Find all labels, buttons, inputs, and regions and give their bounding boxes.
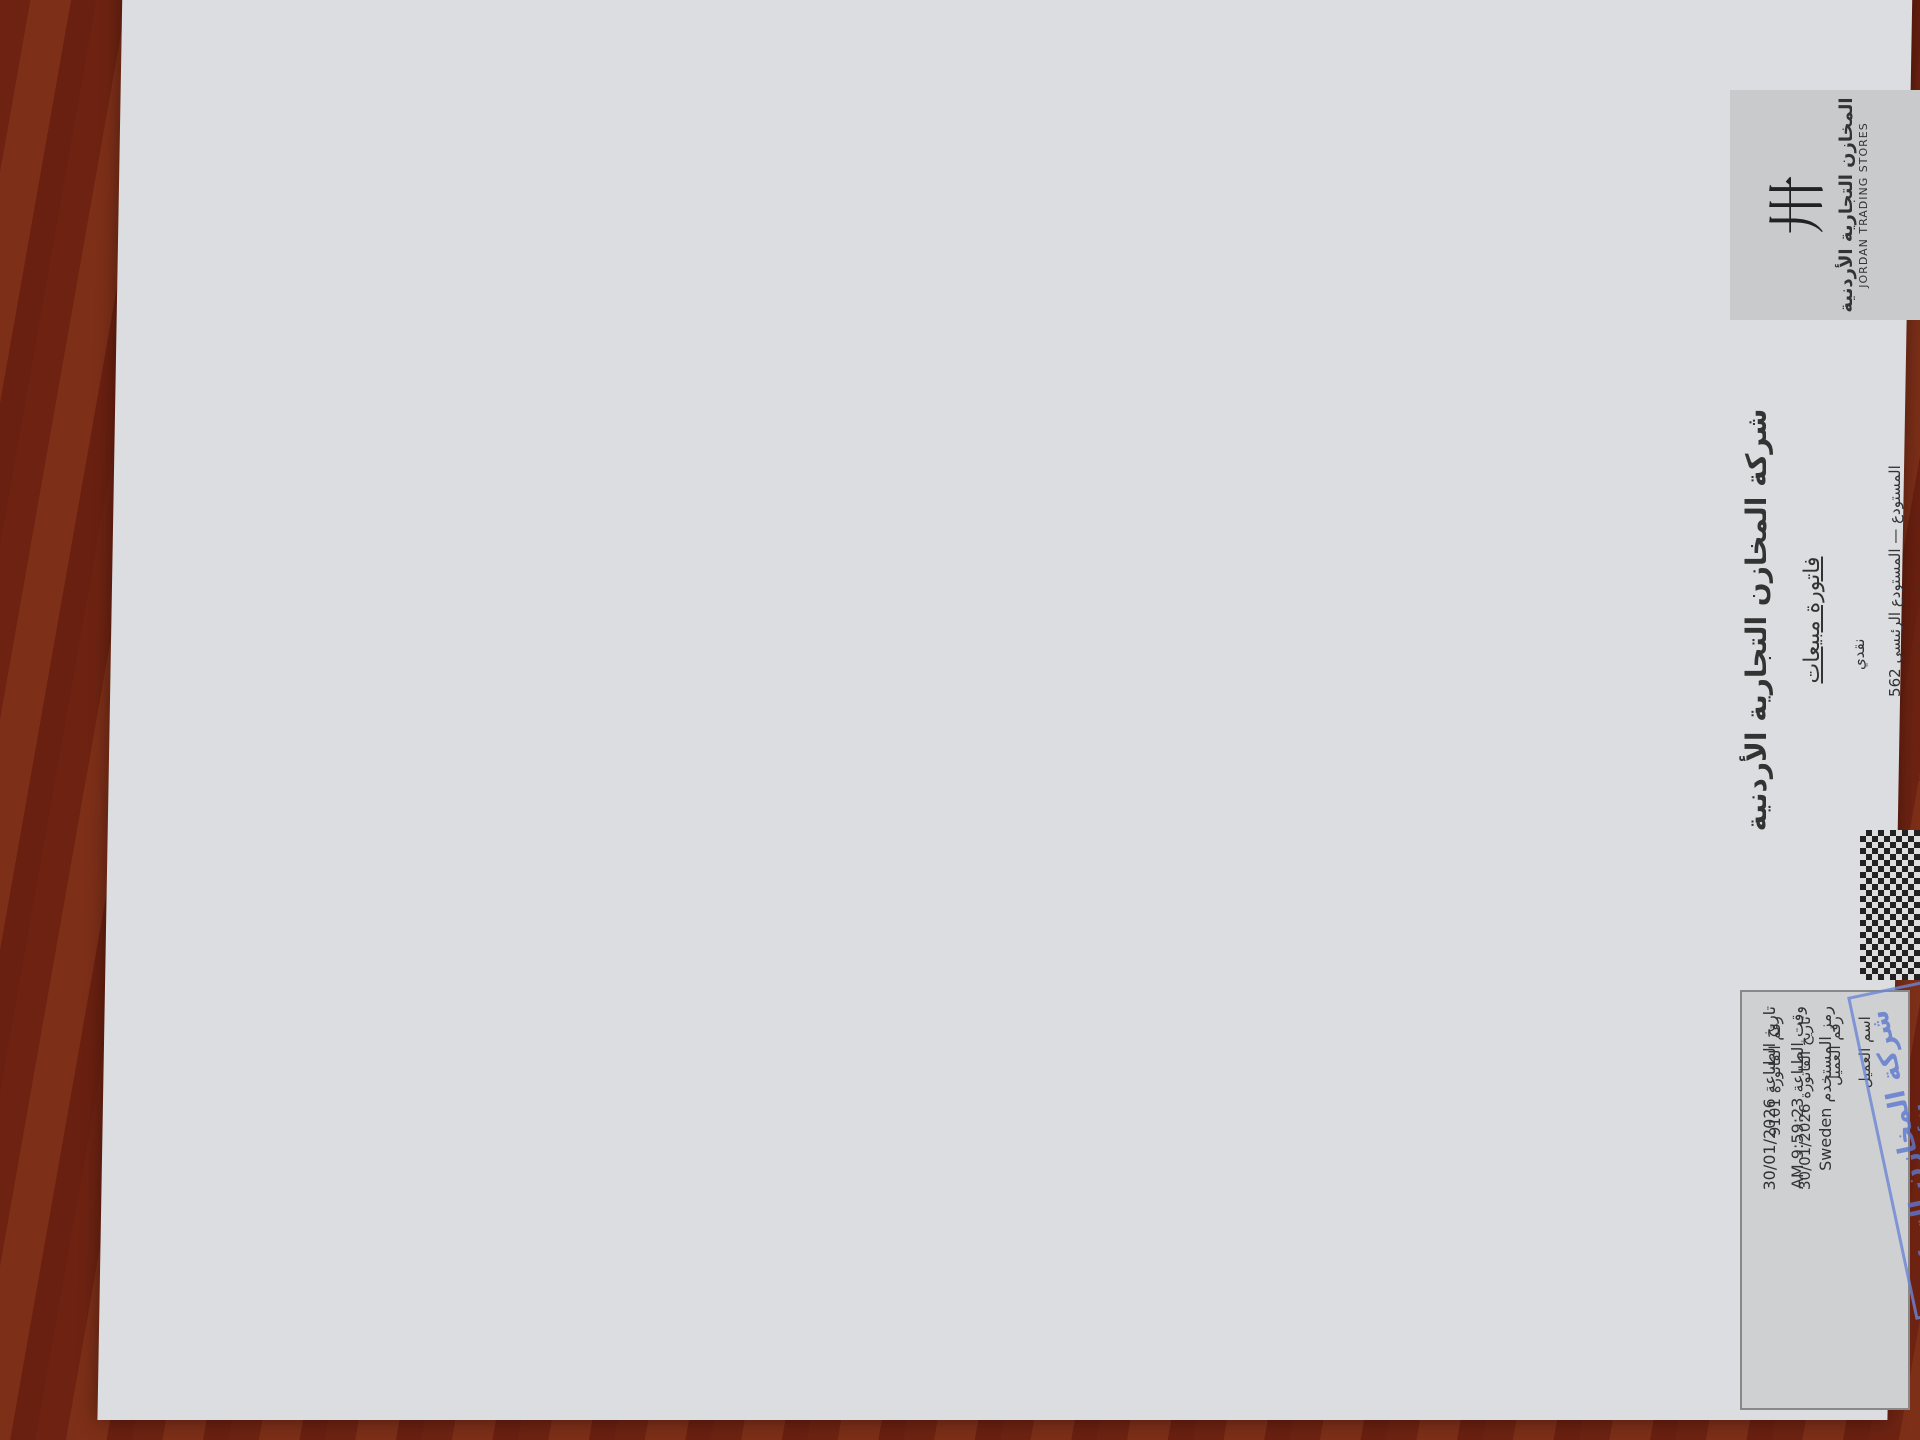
qr-code [1860, 830, 1920, 980]
warehouse-no: 562 [1886, 668, 1904, 697]
invoice-no: 9101 [1766, 1098, 1784, 1136]
invoice-no-label: رقم الفاتورة [1766, 1016, 1784, 1093]
rep: المندوب الفرعي محمود زكي ياسين [1916, 589, 1920, 810]
invoice-date-label: تاريخ الفاتورة [1796, 1016, 1814, 1099]
paper-sheet [97, 0, 1912, 1420]
logo-text-en: JORDAN TRADING STORES [1857, 90, 1870, 320]
invoice-date: 30/01/2026 [1796, 1104, 1814, 1190]
company-logo: 卅 المخازن التجارية الأردنية JORDAN TRADI… [1730, 90, 1920, 320]
warehouse-label: المستودع [1886, 465, 1904, 524]
payment-type: نقدي [1850, 639, 1868, 670]
logo-icon: 卅 [1750, 90, 1836, 320]
invoice-document: تاريخ الطباعة 30/01/2026 وقت الطباعة 9:5… [1720, 50, 1920, 1430]
document-title: فاتورة مبيعات [1800, 470, 1825, 770]
rep-label: مندوب المبيعات [1916, 465, 1920, 564]
warehouse: المستودع الرئيسي [1886, 548, 1904, 663]
logo-text-ar: المخازن التجارية الأردنية [1836, 90, 1857, 320]
warehouse-meta: المستودع — المستودع الرئيسي 562 مندوب ال… [1880, 465, 1920, 810]
company-name: شركة المخازن التجارية الأردنية [1740, 370, 1773, 870]
customer-label: رقم العميل [1826, 1016, 1844, 1086]
